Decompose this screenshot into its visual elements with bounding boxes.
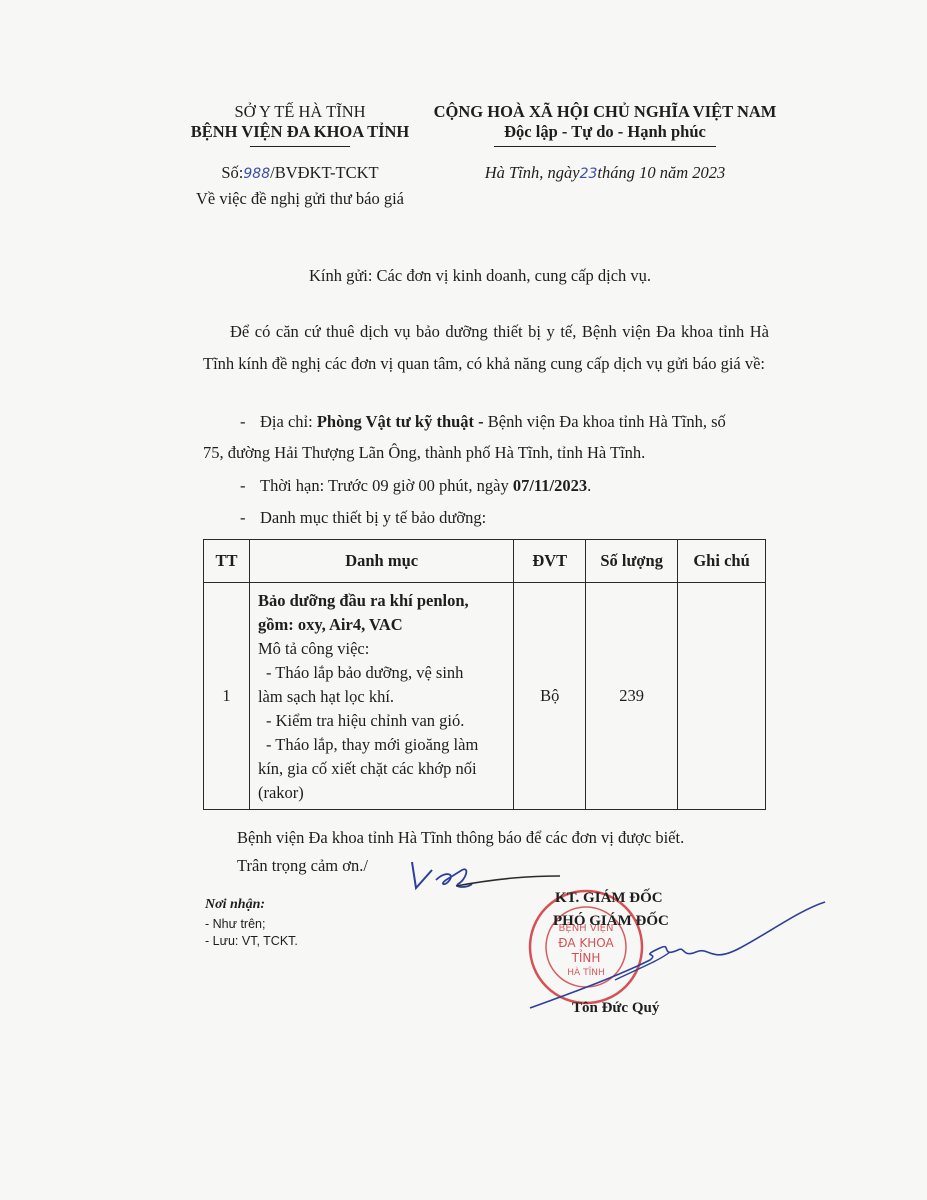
desc-line: - Tháo lắp bảo dưỡng, vệ sinh xyxy=(258,661,505,685)
agency-name: SỞ Y TẾ HÀ TĨNH xyxy=(180,102,420,122)
recipients-title: Nơi nhận: xyxy=(205,897,265,913)
issuer-header: SỞ Y TẾ HÀ TĨNH BỆNH VIỆN ĐA KHOA TỈNH xyxy=(180,102,420,147)
item-title-line1: Bảo dưỡng đầu ra khí penlon, xyxy=(258,589,505,613)
address-label: Địa chỉ: xyxy=(260,412,317,431)
document-subject: Về việc đề nghị gửi thư báo giá xyxy=(180,189,420,209)
table-row: 1 Bảo dưỡng đầu ra khí penlon, gồm: oxy,… xyxy=(204,583,766,810)
address-line-2: 75, đường Hải Thượng Lãn Ông, thành phố … xyxy=(203,443,645,463)
cell-note xyxy=(678,583,766,810)
recipient-item: - Như trên; xyxy=(205,917,265,931)
bullet-address: -Địa chỉ: Phòng Vật tư kỹ thuật - Bệnh v… xyxy=(240,412,726,432)
intro-paragraph: Để có căn cứ thuê dịch vụ bảo dưỡng thiế… xyxy=(203,316,769,380)
col-header-tt: TT xyxy=(204,540,250,583)
document-number: Số:988/BVĐKT-TCKT xyxy=(180,163,420,183)
col-header-item: Danh mục xyxy=(249,540,513,583)
nation-name: CỘNG HOÀ XÃ HỘI CHỦ NGHĨA VIỆT NAM xyxy=(430,102,780,122)
recipient-line: Kính gửi: Các đơn vị kinh doanh, cung cấ… xyxy=(190,263,770,289)
cell-quantity: 239 xyxy=(586,583,678,810)
recipient-item: - Lưu: VT, TCKT. xyxy=(205,934,298,948)
number-prefix: Số: xyxy=(221,163,243,182)
col-header-note: Ghi chú xyxy=(678,540,766,583)
table-header-row: TT Danh mục ĐVT Số lượng Ghi chú xyxy=(204,540,766,583)
desc-line: (rakor) xyxy=(258,781,505,805)
desc-line: làm sạch hạt lọc khí. xyxy=(258,685,505,709)
signer-title-1: KT. GIÁM ĐỐC xyxy=(555,890,663,907)
national-header: CỘNG HOÀ XÃ HỘI CHỦ NGHĨA VIỆT NAM Độc l… xyxy=(430,102,780,147)
cell-tt: 1 xyxy=(204,583,250,810)
desc-line: kín, gia cố xiết chặt các khớp nối xyxy=(258,757,505,781)
item-title-line2: gồm: oxy, Air4, VAC xyxy=(258,613,505,637)
header-left-rule xyxy=(250,146,350,147)
deadline-date: 07/11/2023 xyxy=(513,476,587,495)
equipment-table: TT Danh mục ĐVT Số lượng Ghi chú 1 Bảo d… xyxy=(203,539,766,810)
stamp-line: ĐA KHOA xyxy=(558,936,614,950)
address-department: Phòng Vật tư kỹ thuật - xyxy=(317,412,484,431)
date-day-handwritten: 23 xyxy=(580,166,598,182)
date-line: Hà Tĩnh, ngày23tháng 10 năm 2023 xyxy=(430,163,780,183)
col-header-quantity: Số lượng xyxy=(586,540,678,583)
address-rest: Bệnh viện Đa khoa tỉnh Hà Tĩnh, số xyxy=(484,412,726,431)
deadline-label: Thời hạn: Trước 09 giờ 00 phút, ngày xyxy=(260,476,513,495)
desc-line: - Tháo lắp, thay mới gioăng làm xyxy=(258,733,505,757)
dash: - xyxy=(240,508,260,528)
dash: - xyxy=(240,476,260,496)
signer-title-2: PHÓ GIÁM ĐỐC xyxy=(553,913,669,930)
number-suffix: /BVĐKT-TCKT xyxy=(270,163,378,182)
stamp-line: HÀ TĨNH xyxy=(567,966,604,978)
cell-unit: Bộ xyxy=(514,583,586,810)
organization-name: BỆNH VIỆN ĐA KHOA TỈNH xyxy=(180,122,420,142)
closing-thanks: Trân trọng cảm ơn./ xyxy=(237,853,368,879)
national-motto: Độc lập - Tự do - Hạnh phúc xyxy=(430,122,780,142)
equipment-list-label: Danh mục thiết bị y tế bảo dưỡng: xyxy=(260,508,486,527)
col-header-unit: ĐVT xyxy=(514,540,586,583)
stamp-line: TỈNH xyxy=(571,949,601,965)
deadline-end: . xyxy=(587,476,591,495)
date-prefix: Hà Tĩnh, ngày xyxy=(485,163,580,182)
closing-notice: Bệnh viện Đa khoa tỉnh Hà Tĩnh thông báo… xyxy=(237,825,684,851)
number-handwritten: 988 xyxy=(243,166,270,182)
bullet-deadline: -Thời hạn: Trước 09 giờ 00 phút, ngày 07… xyxy=(240,476,591,496)
dash: - xyxy=(240,412,260,432)
desc-line: - Kiểm tra hiệu chỉnh van gió. xyxy=(258,709,505,733)
bullet-equipment-list: -Danh mục thiết bị y tế bảo dưỡng: xyxy=(240,508,486,528)
desc-label: Mô tả công việc: xyxy=(258,637,505,661)
cell-item: Bảo dưỡng đầu ra khí penlon, gồm: oxy, A… xyxy=(249,583,513,810)
header-right-rule xyxy=(494,146,716,147)
date-suffix: tháng 10 năm 2023 xyxy=(597,163,725,182)
signer-name: Tôn Đức Quý xyxy=(572,1000,659,1017)
